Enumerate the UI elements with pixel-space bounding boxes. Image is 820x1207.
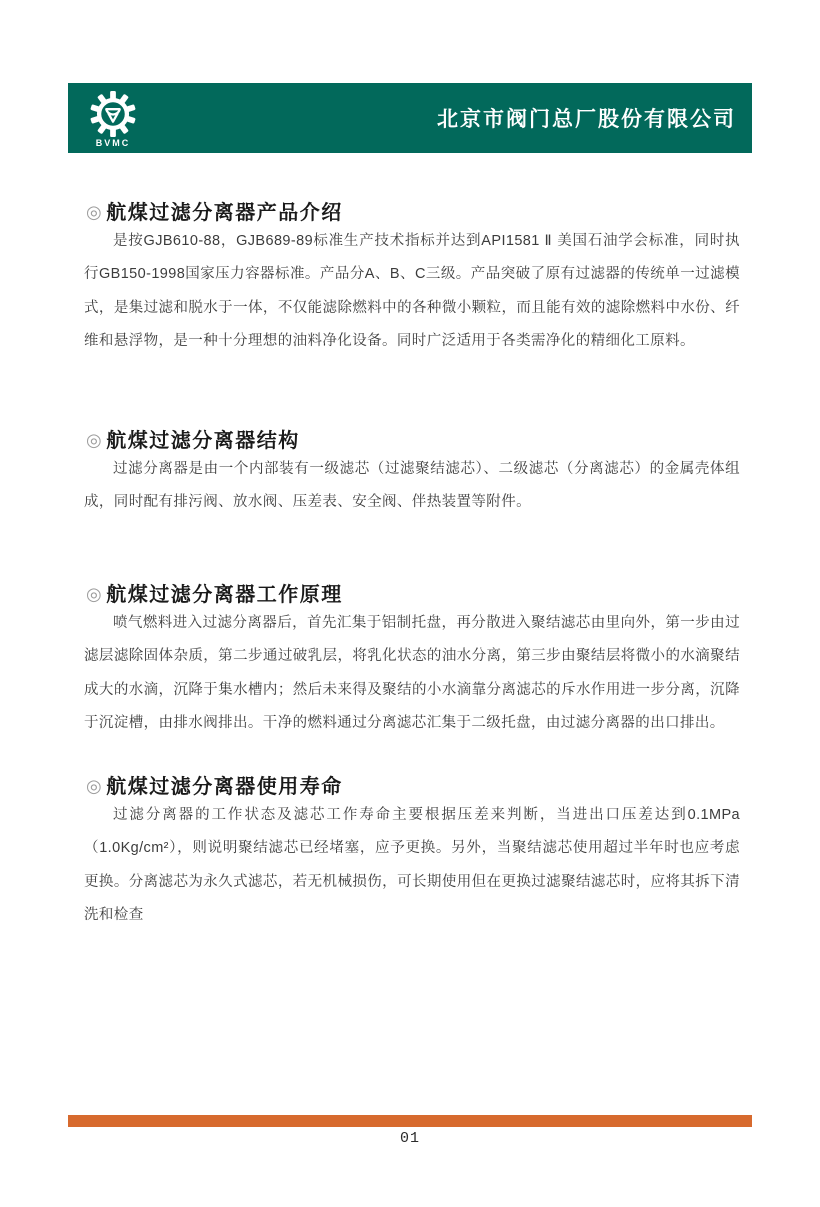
section-title-text: 航煤过滤分离器工作原理 (106, 584, 343, 606)
section-bullet-icon: ◎ (86, 430, 103, 450)
company-logo: BVMC (90, 91, 136, 148)
section-title-text: 航煤过滤分离器结构 (106, 430, 300, 452)
document-page: BVMC 北京市阀门总厂股份有限公司 ◎航煤过滤分离器产品介绍 是按GJB610… (0, 0, 820, 1207)
section-title-service-life: ◎航煤过滤分离器使用寿命 (86, 770, 343, 799)
section-title-structure: ◎航煤过滤分离器结构 (86, 424, 300, 453)
logo-abbreviation: BVMC (96, 139, 131, 148)
section-body-structure: 过滤分离器是由一个内部装有一级滤芯（过滤聚结滤芯）、二级滤芯（分离滤芯）的金属壳… (84, 453, 740, 520)
section-title-product-intro: ◎航煤过滤分离器产品介绍 (86, 196, 343, 225)
section-body-working-principle: 喷气燃料进入过滤分离器后，首先汇集于铝制托盘，再分散进入聚结滤芯由里向外，第一步… (84, 607, 740, 741)
section-title-text: 航煤过滤分离器使用寿命 (106, 776, 343, 798)
footer-accent-bar (68, 1115, 752, 1127)
section-bullet-icon: ◎ (86, 584, 103, 604)
page-number: 01 (0, 1130, 820, 1147)
company-name-title: 北京市阀门总厂股份有限公司 (437, 103, 736, 133)
section-bullet-icon: ◎ (86, 202, 103, 222)
section-body-product-intro: 是按GJB610-88，GJB689-89标准生产技术指标并达到API1581 … (84, 225, 740, 359)
section-body-service-life: 过滤分离器的工作状态及滤芯工作寿命主要根据压差来判断，当进出口压差达到0.1MP… (84, 799, 740, 933)
gear-valve-logo-icon (90, 91, 136, 137)
section-title-working-principle: ◎航煤过滤分离器工作原理 (86, 578, 343, 607)
company-header-band: BVMC 北京市阀门总厂股份有限公司 (68, 83, 752, 153)
section-bullet-icon: ◎ (86, 776, 103, 796)
section-title-text: 航煤过滤分离器产品介绍 (106, 202, 343, 224)
